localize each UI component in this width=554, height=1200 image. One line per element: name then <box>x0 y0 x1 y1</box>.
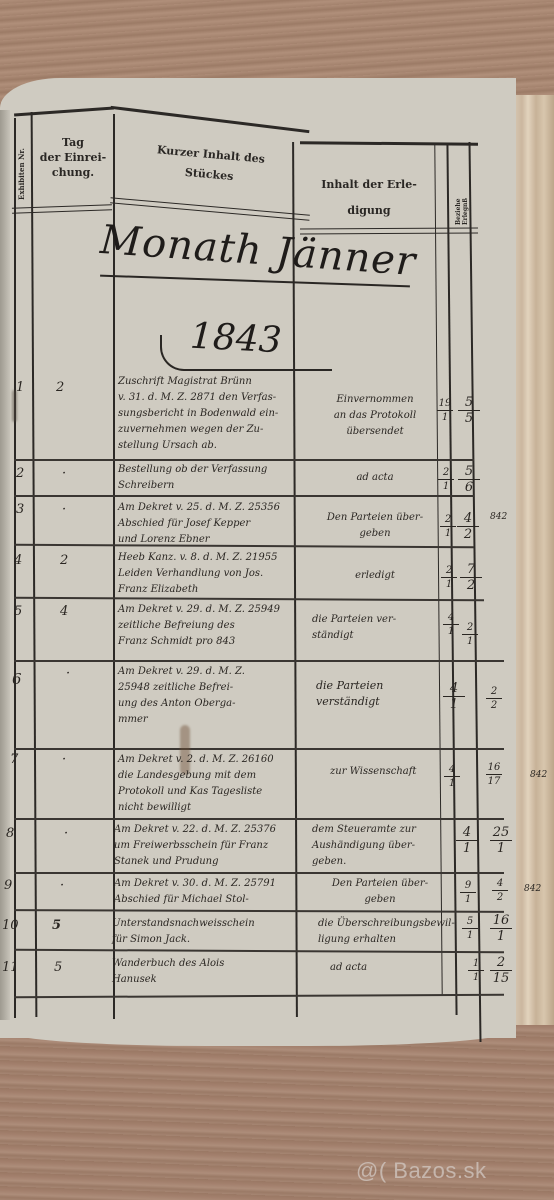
row-sep-5 <box>14 660 504 662</box>
row-8-folio: 251 <box>490 826 512 855</box>
row-2-day: · <box>62 466 66 481</box>
row-6-resolution-line: die Parteien <box>316 678 436 694</box>
row-4-day: 2 <box>60 553 68 568</box>
row-7-resolution: zur Wissenschaft <box>330 764 440 780</box>
row-1-content-line: sungsbericht in Bodenwald ein- <box>118 406 278 422</box>
row-4-content-line: Heeb Kanz. v. 8. d. M. Z. 21955 <box>118 550 277 566</box>
row-8-day: · <box>64 826 68 841</box>
row-10-ref: 51 <box>462 916 478 941</box>
row-3-note: 842 <box>490 512 507 522</box>
row-6-ref-bottom: 1 <box>450 698 458 711</box>
row-11-ref-top: 1 <box>473 958 479 969</box>
row-6-folio-top: 2 <box>491 686 497 697</box>
row-2-folio-top: 5 <box>465 465 473 478</box>
row-sep-6 <box>14 748 504 750</box>
row-11-content-line: Wanderbuch des Alois <box>112 956 224 972</box>
row-7-ref: 41 <box>444 764 460 789</box>
row-2-ref-bottom: 1 <box>443 481 449 492</box>
row-7-content-line: die Landesgebung mit dem <box>118 768 274 784</box>
row-10-content-line: Unterstandsnachweisschein <box>112 916 255 932</box>
row-1-resolution-line: an das Protokoll <box>320 408 430 424</box>
row-1-content-line: stellung Ursach ab. <box>118 438 278 454</box>
row-9-day: · <box>60 878 64 893</box>
row-6-resolution: die Parteien verständigt <box>316 678 436 710</box>
row-5-day: 4 <box>60 604 68 619</box>
row-3-folio-top: 4 <box>464 512 472 525</box>
row-3-content: Am Dekret v. 25. d. M. Z. 25356 Abschied… <box>118 500 280 548</box>
row-10-resolution: die Überschreibungsbewil- ligung erhalte… <box>318 916 448 948</box>
header-resolution-line2: digung <box>300 198 438 224</box>
row-9-folio: 42 <box>492 878 508 903</box>
row-5-content-line: zeitliche Befreiung des <box>118 618 280 634</box>
row-7-content-line: Am Dekret v. 2. d. M. Z. 26160 <box>118 752 274 768</box>
year-title: 1843 <box>189 316 283 362</box>
row-2-ref-top: 2 <box>443 467 449 478</box>
row-3-ref-top: 2 <box>445 514 451 525</box>
row-8-content-line: um Freiwerbsschein für Franz <box>114 838 276 854</box>
row-8-number: 8 <box>6 826 14 841</box>
row-11-resolution: ad acta <box>330 960 440 976</box>
row-3-content-line: Abschied für Josef Kepper <box>118 516 280 532</box>
row-6-resolution-line: verständigt <box>316 694 436 710</box>
header-resolution-line1: Inhalt der Erle- <box>300 172 438 198</box>
row-8-folio-bottom: 1 <box>497 842 505 855</box>
row-4-folio-bottom: 2 <box>467 579 475 592</box>
row-sep-7 <box>14 818 504 820</box>
row-5-resolution: die Parteien ver- ständigt <box>312 612 432 644</box>
row-11-ref-bottom: 1 <box>473 972 479 983</box>
row-10-folio: 161 <box>490 914 512 943</box>
row-11-folio: 215 <box>490 956 512 985</box>
row-6-folio: 22 <box>486 686 502 711</box>
row-9-number: 9 <box>4 878 12 893</box>
row-4-number: 4 <box>14 553 22 568</box>
row-8-content-line: Stanek und Prudung <box>114 854 276 870</box>
row-7-content-line: Protokoll und Kas Tagesliste <box>118 784 274 800</box>
row-1-content-line: Zuschrift Magistrat Brünn <box>118 374 278 390</box>
row-2-resolution: ad acta <box>320 470 430 486</box>
row-1-resolution-line: Einvernommen <box>320 392 430 408</box>
row-5-folio-top: 2 <box>467 622 473 633</box>
row-10-content: Unterstandsnachweisschein für Simon Jack… <box>112 916 255 948</box>
row-1-content: Zuschrift Magistrat Brünn v. 31. d. M. Z… <box>118 374 278 454</box>
row-11-content: Wanderbuch des Alois Hanusek <box>112 956 224 988</box>
row-4-resolution: erledigt <box>320 568 430 584</box>
row-7-day: · <box>62 752 66 767</box>
row-8-resolution-line: Aushändigung über- <box>312 838 442 854</box>
row-9-content-line: Abschied für Michael Stol- <box>114 892 276 908</box>
row-1-ref-top: 19 <box>439 398 452 409</box>
row-sep-2 <box>14 495 474 497</box>
header-day-line2: der Einrei- <box>33 150 113 165</box>
row-2-content: Bestellung ob der Verfassung Schreibern <box>118 462 267 494</box>
row-5-ref: 41 <box>443 612 459 637</box>
row-6-content-line: 25948 zeitliche Befrei- <box>118 680 245 696</box>
row-3-folio-bottom: 2 <box>464 528 472 541</box>
row-6-number: 6 <box>12 670 22 688</box>
row-11-day: 5 <box>54 960 62 975</box>
row-9-note: 842 <box>524 884 541 894</box>
header-day-line1: Tag <box>33 135 113 150</box>
row-1-day: 2 <box>56 380 64 395</box>
header-resolution: Inhalt der Erle- digung <box>300 172 438 224</box>
row-7-resolution-line: zur Wissenschaft <box>330 764 440 780</box>
row-sep-1 <box>14 459 474 461</box>
row-11-content-line: Hanusek <box>112 972 224 988</box>
row-8-ref: 41 <box>456 826 478 855</box>
row-10-content-line: für Simon Jack. <box>112 932 255 948</box>
row-3-day: · <box>62 502 66 517</box>
row-5-resolution-line: ständigt <box>312 628 432 644</box>
row-10-resolution-line: ligung erhalten <box>318 932 448 948</box>
row-1-folio-bottom: 5 <box>465 412 473 425</box>
row-sep-8 <box>14 872 504 874</box>
row-10-number: 10 <box>2 918 19 933</box>
row-6-content-line: Am Dekret v. 29. d. M. Z. <box>118 664 245 680</box>
row-4-content-line: Leiden Verhandlung von Jos. <box>118 566 277 582</box>
row-2-content-line: Schreibern <box>118 478 267 494</box>
row-8-resolution-line: geben. <box>312 854 442 870</box>
row-2-folio-bottom: 6 <box>465 481 473 494</box>
row-3-content-line: Am Dekret v. 25. d. M. Z. 25356 <box>118 500 280 516</box>
row-4-resolution-line: erledigt <box>320 568 430 584</box>
row-5-resolution-line: die Parteien ver- <box>312 612 432 628</box>
row-9-ref: 91 <box>460 880 476 905</box>
row-10-folio-bottom: 1 <box>497 930 505 943</box>
row-9-resolution: Den Parteien über- geben <box>320 876 440 908</box>
header-reference: Beziehe Erlegnß <box>455 175 469 225</box>
row-2-ref: 21 <box>438 467 454 492</box>
row-5-content-line: Am Dekret v. 29. d. M. Z. 25949 <box>118 602 280 618</box>
row-6-content: Am Dekret v. 29. d. M. Z. 25948 zeitlich… <box>118 664 245 728</box>
row-11-number: 11 <box>2 960 19 975</box>
row-11-folio-top: 2 <box>497 956 505 969</box>
row-5-content-line: Franz Schmidt pro 843 <box>118 634 280 650</box>
row-9-ref-top: 9 <box>465 880 471 891</box>
row-6-content-line: ung des Anton Oberga- <box>118 696 245 712</box>
row-8-ref-bottom: 1 <box>463 842 471 855</box>
row-8-folio-top: 25 <box>493 826 510 839</box>
row-9-ref-bottom: 1 <box>465 894 471 905</box>
row-7-folio-bottom: 17 <box>488 776 501 787</box>
row-2-resolution-line: ad acta <box>320 470 430 486</box>
row-11-folio-bottom: 15 <box>493 972 510 985</box>
row-3-resolution-line: Den Parteien über- <box>320 510 430 526</box>
row-3-number: 3 <box>16 502 24 517</box>
row-5-ref-bottom: 1 <box>448 626 454 637</box>
row-3-folio: 42 <box>457 512 479 541</box>
header-exhibit-number: Exhibiten Nr. <box>17 140 26 200</box>
row-9-folio-bottom: 2 <box>497 892 503 903</box>
row-2-number: 2 <box>16 466 24 481</box>
row-7-ref-bottom: 1 <box>449 778 455 789</box>
row-11-resolution-line: ad acta <box>330 960 440 976</box>
row-4-content: Heeb Kanz. v. 8. d. M. Z. 21955 Leiden V… <box>118 550 277 598</box>
row-11-ref: 11 <box>468 958 484 983</box>
row-10-day: 5 <box>52 918 61 933</box>
row-9-folio-top: 4 <box>497 878 503 889</box>
row-7-number: 7 <box>10 752 18 767</box>
row-9-content-line: Am Dekret v. 30. d. M. Z. 25791 <box>114 876 276 892</box>
row-5-folio: 21 <box>462 622 478 647</box>
row-2-folio: 56 <box>458 465 480 494</box>
row-8-content-line: Am Dekret v. 22. d. M. Z. 25376 <box>114 822 276 838</box>
row-10-ref-top: 5 <box>467 916 473 927</box>
row-1-number: 1 <box>16 380 24 395</box>
header-day-line3: chung. <box>33 165 113 180</box>
bazos-watermark: @( Bazos.sk <box>356 1158 487 1184</box>
row-1-ref: 191 <box>437 398 453 423</box>
row-6-ref-top: 4 <box>450 682 458 695</box>
row-1-ref-bottom: 1 <box>442 412 448 423</box>
row-7-folio: 1617 <box>486 762 502 787</box>
row-3-ref-bottom: 1 <box>445 528 451 539</box>
row-1-folio-top: 5 <box>465 396 473 409</box>
row-5-ref-top: 4 <box>448 612 454 623</box>
row-1-resolution-line: übersendet <box>320 424 430 440</box>
row-6-day: · <box>66 666 70 681</box>
row-6-content-line: mmer <box>118 712 245 728</box>
row-10-folio-top: 16 <box>493 914 510 927</box>
row-4-folio-top: 7 <box>467 563 475 576</box>
row-3-content-line: und Lorenz Ebner <box>118 532 280 548</box>
row-4-folio: 72 <box>460 563 482 592</box>
row-9-content: Am Dekret v. 30. d. M. Z. 25791 Abschied… <box>114 876 276 908</box>
row-5-number: 5 <box>14 604 22 619</box>
row-9-resolution-line: geben <box>320 892 440 908</box>
row-8-resolution-line: dem Steueramte zur <box>312 822 442 838</box>
row-3-resolution-line: geben <box>320 526 430 542</box>
row-4-ref-top: 2 <box>446 565 452 576</box>
row-7-ref-top: 4 <box>449 764 455 775</box>
row-5-content: Am Dekret v. 29. d. M. Z. 25949 zeitlich… <box>118 602 280 650</box>
row-3-resolution: Den Parteien über- geben <box>320 510 430 542</box>
row-5-folio-bottom: 1 <box>467 636 473 647</box>
row-10-resolution-line: die Überschreibungsbewil- <box>318 916 448 932</box>
row-1-content-line: v. 31. d. M. Z. 2871 den Verfas- <box>118 390 278 406</box>
row-1-folio: 55 <box>458 396 480 425</box>
row-8-resolution: dem Steueramte zur Aushändigung über- ge… <box>312 822 442 870</box>
row-7-note: 842 <box>530 770 547 780</box>
row-6-ref: 41 <box>443 682 465 711</box>
col-line-0 <box>14 118 16 1018</box>
row-1-resolution: Einvernommen an das Protokoll übersendet <box>320 392 430 440</box>
header-day: Tag der Einrei- chung. <box>33 135 113 180</box>
row-7-folio-top: 16 <box>488 762 501 773</box>
row-9-resolution-line: Den Parteien über- <box>320 876 440 892</box>
row-1-content-line: zuvernehmen wegen der Zu- <box>118 422 278 438</box>
row-7-content: Am Dekret v. 2. d. M. Z. 26160 die Lande… <box>118 752 274 816</box>
row-8-ref-top: 4 <box>463 826 471 839</box>
row-7-content-line: nicht bewilligt <box>118 800 274 816</box>
row-4-ref-bottom: 1 <box>446 579 452 590</box>
row-8-content: Am Dekret v. 22. d. M. Z. 25376 um Freiw… <box>114 822 276 870</box>
row-10-ref-bottom: 1 <box>467 930 473 941</box>
row-2-content-line: Bestellung ob der Verfassung <box>118 462 267 478</box>
row-3-ref: 21 <box>440 514 456 539</box>
row-4-content-line: Franz Elizabeth <box>118 582 277 598</box>
row-4-ref: 21 <box>441 565 457 590</box>
row-6-folio-bottom: 2 <box>491 700 497 711</box>
